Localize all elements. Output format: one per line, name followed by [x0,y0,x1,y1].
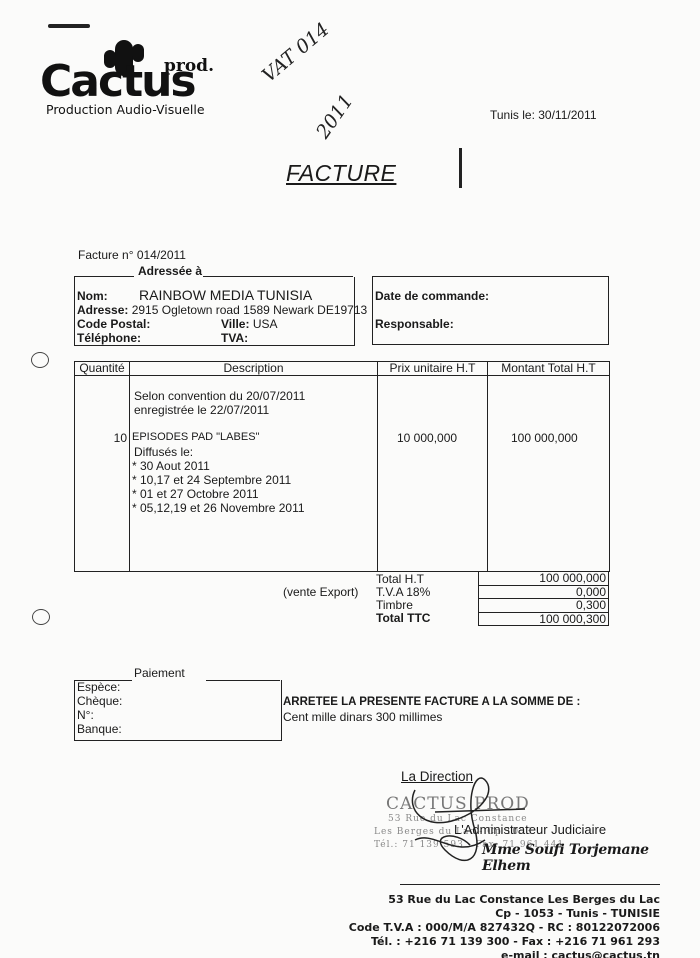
ink-mark [459,148,462,188]
order-info-box: Date de commande: Responsable: [372,276,609,345]
item-quantity: 10 [114,431,127,445]
payment-bank: Banque: [77,722,122,736]
stamp-duty-label: Timbre [376,598,413,612]
payment-cash: Espèce: [77,680,120,694]
client-address-row: Adresse: 2915 Ogletown road 1589 Newark … [77,303,367,317]
responsible-label: Responsable: [375,317,454,331]
client-tva-row: TVA: [221,331,248,345]
client-info-box: Nom: RAINBOW MEDIA TUNISIA Adresse: 2915… [74,277,355,346]
footer-divider [400,884,660,885]
header-quantity: Quantité [75,362,129,376]
export-note: (vente Export) [283,585,358,599]
item-description: EPISODES PAD "LABES" [132,431,259,443]
payment-box: Espèce: Chèque: N°: Banque: [74,680,282,741]
company-logo: prod. Cactus Production Audio-Visuelle [40,40,240,120]
tva-label: TVA: [221,331,248,345]
header-description: Description [130,362,377,376]
stamp-duty-value: 0,300 [479,599,608,613]
item-detail: * 10,17 et 24 Septembre 2011 [132,473,291,487]
client-phone-row: Téléphone: [77,331,141,345]
item-detail: * 01 et 27 Octobre 2011 [132,487,259,501]
client-city-row: Ville: USA [221,317,278,331]
client-name-row: Nom: RAINBOW MEDIA TUNISIA [77,287,312,303]
payment-cheque: Chèque: [77,694,122,708]
client-address: 2915 Ogletown road 1589 Newark DE19713 [132,303,368,317]
total-ht-value: 100 000,000 [479,572,608,586]
order-date-label: Date de commande: [375,289,489,303]
addressed-to-label: Adressée à [138,264,202,278]
document-title: FACTURE [286,160,396,187]
handwritten-year: 2011 [312,90,358,142]
items-table: Quantité Description Prix unitaire H.T M… [74,361,610,572]
postal-code-label: Code Postal: [77,317,150,331]
total-ttc-value: 100 000,300 [479,613,608,626]
footer-address: 53 Rue du Lac Constance Les Berges du La… [388,893,660,906]
invoice-date: Tunis le: 30/11/2011 [490,108,597,122]
footer-email: e-mail : cactus@cactus.tn [501,949,660,958]
item-detail: * 05,12,19 et 26 Novembre 2011 [132,501,305,515]
client-name-label: Nom: [77,289,108,303]
total-ttc-label: Total TTC [376,611,430,625]
intro-line: enregistrée le 22/07/2011 [134,403,269,417]
handwritten-note: VAT 014 [258,19,333,87]
item-total: 100 000,000 [511,431,578,445]
column-divider [377,362,378,571]
header-unit-price: Prix unitaire H.T [378,362,487,376]
footer-city: Cp - 1053 - Tunis - TUNISIE [495,907,660,920]
column-divider [487,362,488,571]
city-label: Ville: [221,317,249,331]
totals-box: 100 000,000 0,000 0,300 100 000,300 [478,571,609,626]
header-total: Montant Total H.T [488,362,609,376]
logo-wordmark: Cactus [40,60,195,104]
item-detail: Diffusés le: [134,445,193,459]
amount-heading: ARRETEE LA PRESENTE FACTURE A LA SOMME D… [283,696,580,708]
signer-name: Mme Soufi Torjemane Elhem [482,842,700,874]
client-address-label: Adresse: [77,303,128,317]
amount-in-words: Cent mille dinars 300 millimes [283,710,442,724]
tva-value: 0,000 [479,586,608,600]
punch-hole [32,609,50,625]
administrator-role: L'Administrateur Judiciaire [454,822,606,837]
client-postal-row: Code Postal: [77,317,150,331]
footer-tax-info: Code T.V.A : 000/M/A 827432Q - RC : 8012… [349,921,660,934]
intro-line: Selon convention du 20/07/2011 [134,389,305,403]
client-city: USA [253,317,278,331]
logo-dash [48,24,90,28]
column-divider [129,362,130,571]
logo-tagline: Production Audio-Visuelle [46,102,205,117]
item-detail: * 30 Aout 2011 [132,459,210,473]
phone-label: Téléphone: [77,331,141,345]
payment-label: Paiement [134,666,185,680]
total-ht-label: Total H.T [376,572,424,586]
invoice-number: Facture n° 014/2011 [78,248,186,262]
punch-hole [31,352,49,368]
tva-rate-label: T.V.A 18% [376,585,430,599]
client-name: RAINBOW MEDIA TUNISIA [139,287,312,303]
payment-number: N°: [77,708,94,722]
footer-phone: Tél. : +216 71 139 300 - Fax : +216 71 9… [371,935,660,948]
item-unit-price: 10 000,000 [397,431,457,445]
